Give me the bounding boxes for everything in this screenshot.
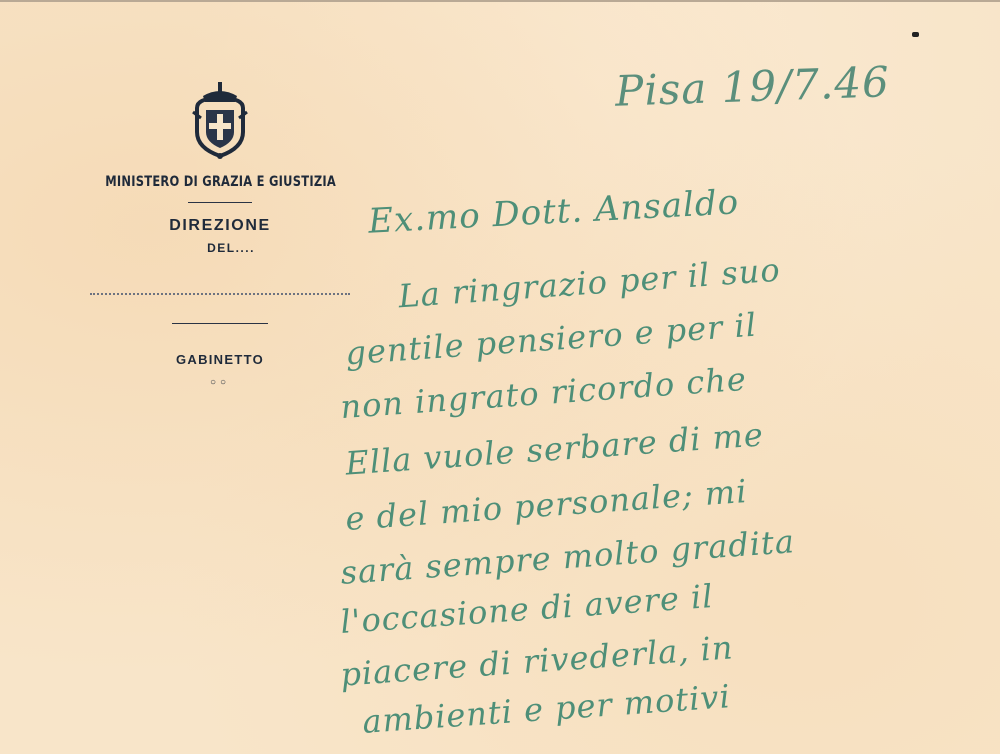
letterhead: MINISTERO DI GRAZIA E GIUSTIZIA DIREZION… <box>80 82 360 388</box>
place-date: Pisa 19/7.46 <box>614 57 890 116</box>
letter-page: MINISTERO DI GRAZIA E GIUSTIZIA DIREZION… <box>0 0 1000 754</box>
salutation: Ex.mo Dott. Ansaldo <box>367 182 740 241</box>
ink-speck <box>912 32 919 37</box>
letter-line: La ringrazio per il suo <box>397 251 782 316</box>
del-label: DEL.... <box>80 241 360 255</box>
gabinetto-label: GABINETTO <box>80 352 360 367</box>
royal-coat-of-arms-icon <box>189 82 251 162</box>
letter-line: Ella vuole serbare di me <box>344 415 765 482</box>
letter-line: non ingrato ricordo che <box>339 360 748 426</box>
divider <box>172 323 268 324</box>
circles-ornament: ○○ <box>80 377 360 388</box>
letter-line: e del mio personale; mi <box>344 472 748 538</box>
ministry-name: MINISTERO DI GRAZIA E GIUSTIZIA <box>105 174 335 190</box>
dotted-fill-line <box>90 293 350 295</box>
divider <box>188 202 252 203</box>
direzione-heading: DIREZIONE <box>80 217 360 235</box>
